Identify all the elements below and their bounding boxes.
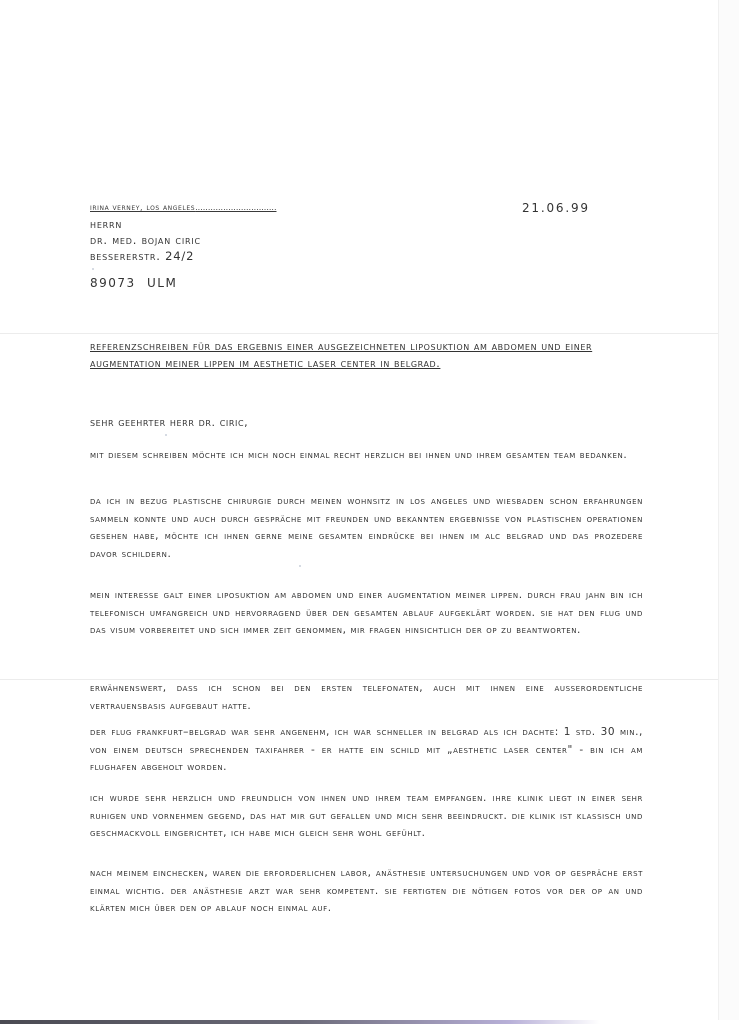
scan-speck bbox=[299, 565, 301, 567]
sender-name: Irina Verney, Los Angeles bbox=[90, 203, 195, 212]
fold-line bbox=[0, 333, 718, 334]
scan-speck bbox=[92, 268, 94, 270]
body-paragraph: Nach meinem einchecken, waren die erford… bbox=[90, 865, 643, 918]
recipient-street: Bessererstr. 24/2 bbox=[90, 248, 194, 265]
scan-bottom-edge bbox=[0, 1020, 600, 1024]
sender-line: Irina Verney, Los Angeles...............… bbox=[90, 203, 277, 212]
recipient-salutation: Herrn bbox=[90, 216, 122, 233]
recipient-postal-city: 89073 ULM bbox=[90, 276, 177, 290]
body-paragraph: Mein Interesse galt einer Liposuktion am… bbox=[90, 587, 643, 640]
scan-edge bbox=[718, 0, 739, 1020]
letter-subject: Referenzschreiben für das Ergebnis einer… bbox=[90, 338, 650, 372]
sender-dots: ................................ bbox=[195, 203, 276, 212]
recipient-name: Dr. med. Bojan Ciric bbox=[90, 232, 201, 249]
body-paragraph: Erwähnenswert, dass ich schon bei den er… bbox=[90, 680, 643, 715]
body-paragraph: mit diesem Schreiben möchte ich mich noc… bbox=[90, 447, 643, 465]
body-paragraph: Der Flug Frankfurt–Belgrad war sehr ange… bbox=[90, 724, 643, 777]
body-paragraph: Da ich in Bezug plastische Chirurgie dur… bbox=[90, 493, 643, 563]
body-paragraph: Ich wurde sehr herzlich und freundlich v… bbox=[90, 790, 643, 843]
scan-speck bbox=[165, 434, 167, 436]
greeting: Sehr geehrter Herr Dr. Ciric, bbox=[90, 416, 248, 429]
letter-date: 21.06.99 bbox=[522, 201, 590, 215]
scanned-letter-page: Irina Verney, Los Angeles...............… bbox=[0, 0, 739, 1024]
